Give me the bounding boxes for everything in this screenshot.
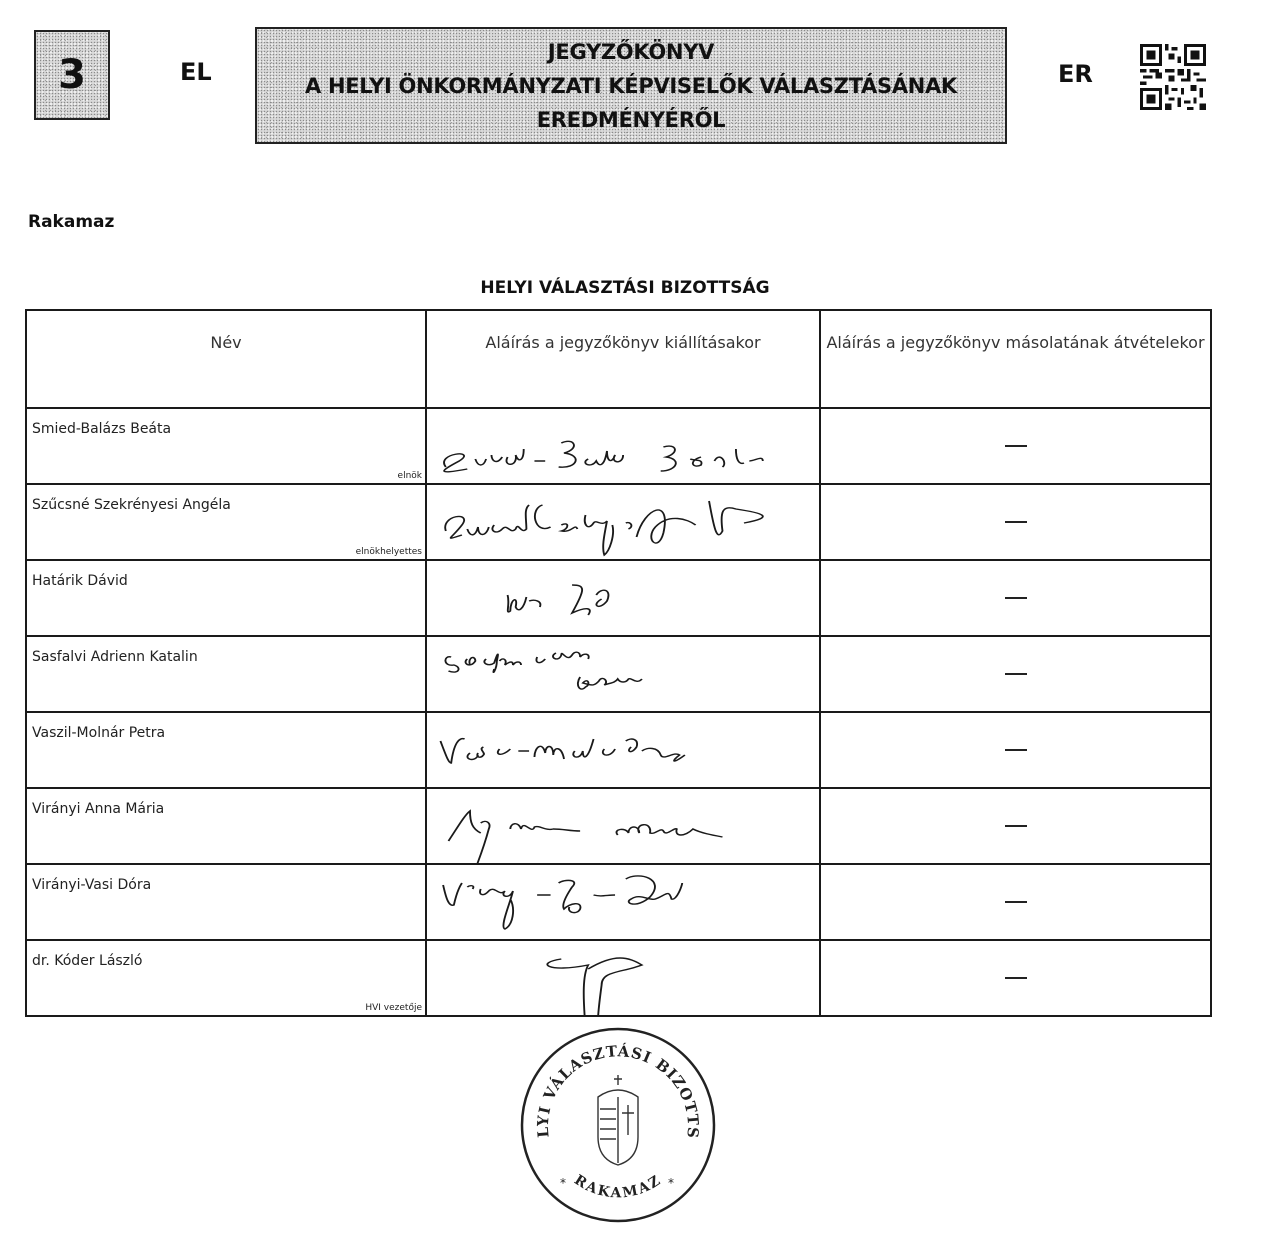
member-name-cell: Szűcsné Szekrényesi Angélaelnökhelyettes	[26, 484, 426, 560]
left-code: EL	[180, 58, 212, 86]
signature-cell	[426, 940, 820, 1016]
member-name: Virányi Anna Mária	[32, 801, 164, 817]
member-name: dr. Kóder László	[32, 953, 143, 969]
svg-text:HELYI VÁLASZTÁSI BIZOTTSÁG: HELYI VÁLASZTÁSI BIZOTTSÁG	[518, 1025, 702, 1140]
member-name-cell: Virányi Anna Mária	[26, 788, 426, 864]
member-role: HVI vezetője	[365, 1003, 422, 1013]
member-role: elnök	[398, 471, 422, 481]
member-role: elnökhelyettes	[356, 547, 422, 557]
member-name: Virányi-Vasi Dóra	[32, 877, 151, 893]
empty-dash	[1005, 673, 1027, 675]
table-row: Virányi Anna Mária	[26, 788, 1211, 864]
empty-dash	[1005, 597, 1027, 599]
handwritten-signature	[427, 637, 819, 711]
column-header-signature-copy: Aláírás a jegyzőkönyv másolatának átvéte…	[820, 310, 1211, 408]
member-name-cell: dr. Kóder LászlóHVI vezetője	[26, 940, 426, 1016]
right-code: ER	[1058, 60, 1093, 88]
empty-dash	[1005, 445, 1027, 447]
empty-dash	[1005, 749, 1027, 751]
copy-signature-cell	[820, 788, 1211, 864]
title-line-3: EREDMÉNYÉRŐL	[537, 103, 725, 137]
handwritten-signature	[427, 941, 819, 1015]
empty-dash	[1005, 521, 1027, 523]
title-line-1: JEGYZŐKÖNYV	[548, 35, 714, 69]
official-stamp: HELYI VÁLASZTÁSI BIZOTTSÁG RAKAMAZ * *	[518, 1025, 718, 1225]
committee-title: HELYI VÁLASZTÁSI BIZOTTSÁG	[0, 278, 1250, 298]
table-row: Sasfalvi Adrienn Katalin	[26, 636, 1211, 712]
member-name-cell: Virányi-Vasi Dóra	[26, 864, 426, 940]
copy-signature-cell	[820, 712, 1211, 788]
member-name: Vaszil-Molnár Petra	[32, 725, 165, 741]
handwritten-signature	[427, 789, 819, 863]
table-row: dr. Kóder LászlóHVI vezetője	[26, 940, 1211, 1016]
member-name: Határik Dávid	[32, 573, 128, 589]
column-header-name: Név	[26, 310, 426, 408]
stamp-bottom-text: RAKAMAZ	[571, 1172, 665, 1201]
signature-cell	[426, 788, 820, 864]
handwritten-signature	[427, 485, 819, 559]
copy-signature-cell	[820, 560, 1211, 636]
member-name-cell: Sasfalvi Adrienn Katalin	[26, 636, 426, 712]
member-name-cell: Vaszil-Molnár Petra	[26, 712, 426, 788]
form-number-box: 3	[34, 30, 110, 120]
settlement-name: Rakamaz	[28, 212, 114, 232]
table-row: Határik Dávid	[26, 560, 1211, 636]
copy-signature-cell	[820, 484, 1211, 560]
svg-text:RAKAMAZ: RAKAMAZ	[571, 1172, 665, 1201]
stamp-top-text: HELYI VÁLASZTÁSI BIZOTTSÁG	[518, 1025, 702, 1140]
member-name: Smied-Balázs Beáta	[32, 421, 171, 437]
handwritten-signature	[427, 561, 819, 635]
signature-cell	[426, 712, 820, 788]
copy-signature-cell	[820, 636, 1211, 712]
empty-dash	[1005, 901, 1027, 903]
signature-cell	[426, 560, 820, 636]
member-name-cell: Határik Dávid	[26, 560, 426, 636]
member-name-cell: Smied-Balázs Beátaelnök	[26, 408, 426, 484]
empty-dash	[1005, 977, 1027, 979]
svg-text:*: *	[668, 1176, 674, 1190]
svg-text:*: *	[560, 1176, 566, 1190]
signature-cell	[426, 484, 820, 560]
empty-dash	[1005, 825, 1027, 827]
column-header-signature-issue: Aláírás a jegyzőkönyv kiállításakor	[426, 310, 820, 408]
form-number: 3	[58, 52, 86, 98]
coat-of-arms-icon	[598, 1075, 638, 1165]
table-row: Smied-Balázs Beátaelnök	[26, 408, 1211, 484]
table-row: Szűcsné Szekrényesi Angélaelnökhelyettes	[26, 484, 1211, 560]
signature-cell	[426, 864, 820, 940]
members-table: Név Aláírás a jegyzőkönyv kiállításakor …	[25, 309, 1212, 1017]
member-name: Szűcsné Szekrényesi Angéla	[32, 497, 231, 513]
title-line-2: A HELYI ÖNKORMÁNYZATI KÉPVISELŐK VÁLASZT…	[305, 69, 957, 103]
copy-signature-cell	[820, 940, 1211, 1016]
document-title: JEGYZŐKÖNYV A HELYI ÖNKORMÁNYZATI KÉPVIS…	[255, 27, 1007, 144]
table-header-row: Név Aláírás a jegyzőkönyv kiállításakor …	[26, 310, 1211, 408]
signature-cell	[426, 408, 820, 484]
signature-cell	[426, 636, 820, 712]
table-row: Virányi-Vasi Dóra	[26, 864, 1211, 940]
qr-code-icon	[1140, 44, 1206, 110]
copy-signature-cell	[820, 408, 1211, 484]
table-row: Vaszil-Molnár Petra	[26, 712, 1211, 788]
copy-signature-cell	[820, 864, 1211, 940]
handwritten-signature	[427, 713, 819, 787]
handwritten-signature	[427, 865, 819, 939]
handwritten-signature	[427, 409, 819, 483]
member-name: Sasfalvi Adrienn Katalin	[32, 649, 198, 665]
